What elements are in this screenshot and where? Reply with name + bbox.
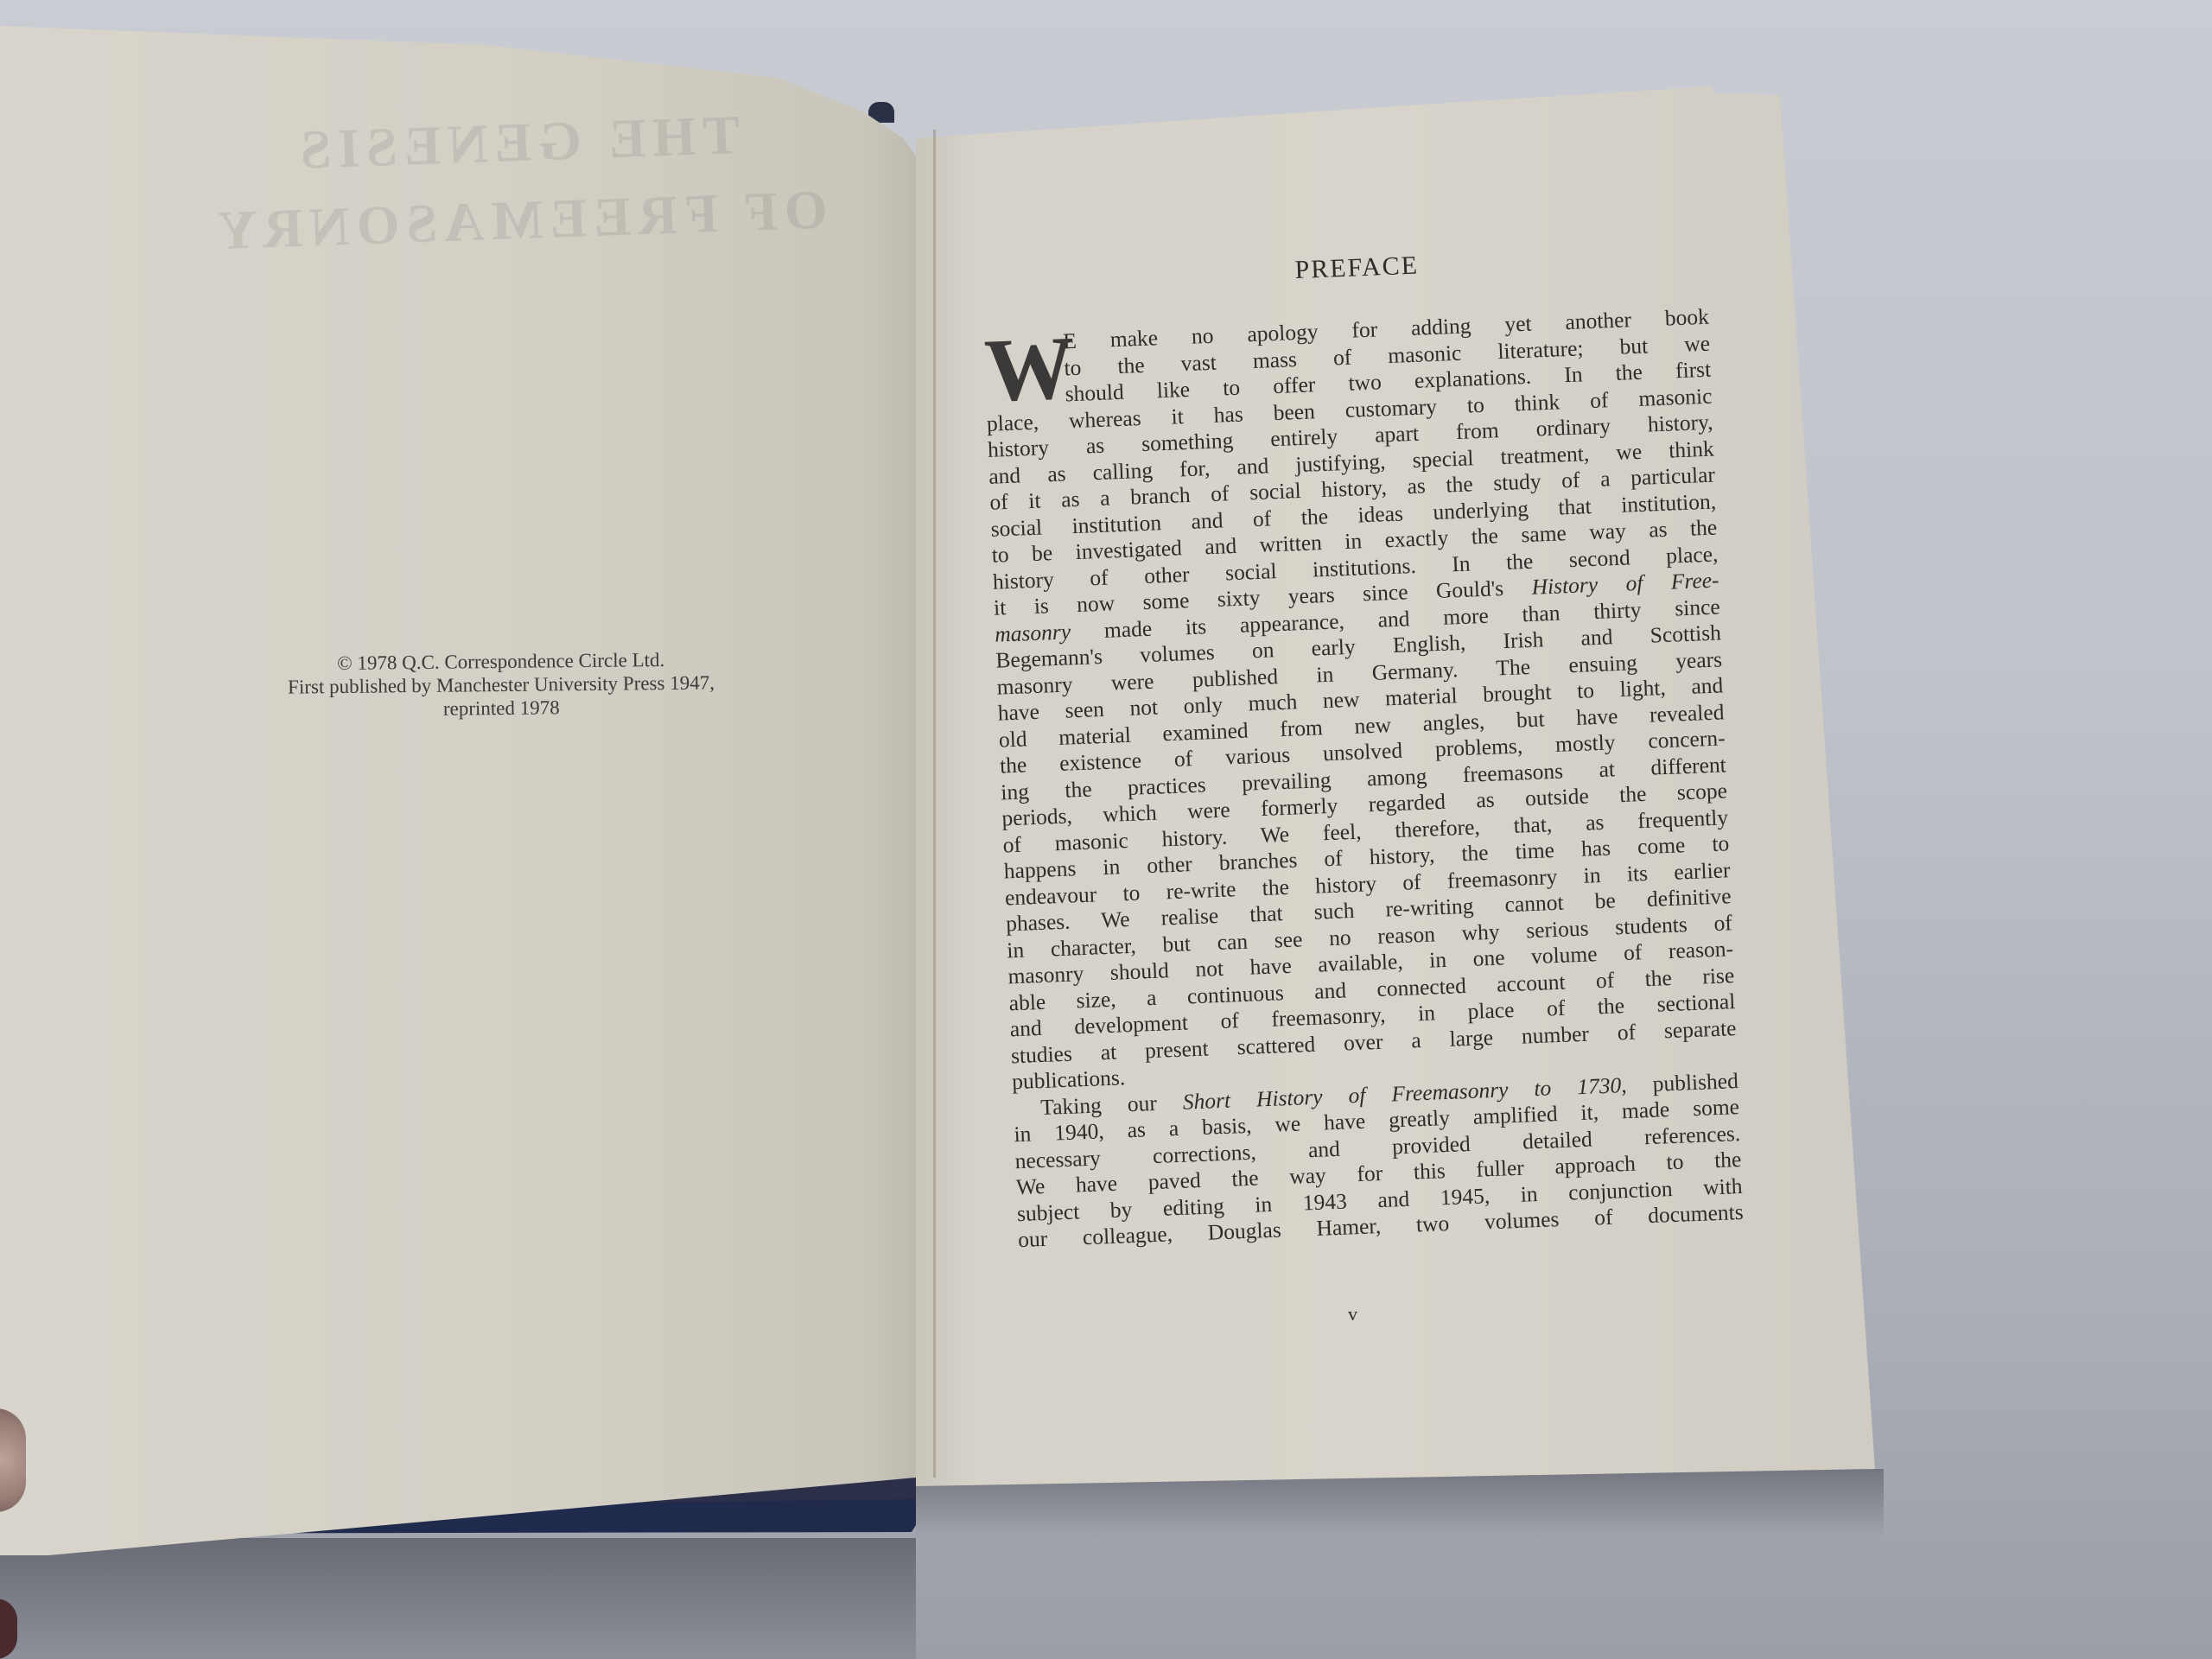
drop-cap: W: [983, 330, 1076, 410]
page-number: v: [1348, 1303, 1357, 1325]
preface-body: W E make no apology for adding yet anoth…: [983, 304, 1744, 1254]
text-fragment: Taking our: [1040, 1089, 1184, 1119]
copyright-notice: © 1978 Q.C. Correspondence Circle Ltd. F…: [233, 647, 770, 722]
book-shadow: [0, 1538, 916, 1659]
book-gutter: [933, 130, 936, 1478]
book-title-italic: masonry: [995, 619, 1071, 646]
left-page: [0, 26, 916, 1555]
text-fragment: , published: [1621, 1068, 1739, 1097]
thumb: [0, 1408, 26, 1512]
preface-text-block: PREFACE W E make no apology for adding y…: [981, 240, 1744, 1254]
